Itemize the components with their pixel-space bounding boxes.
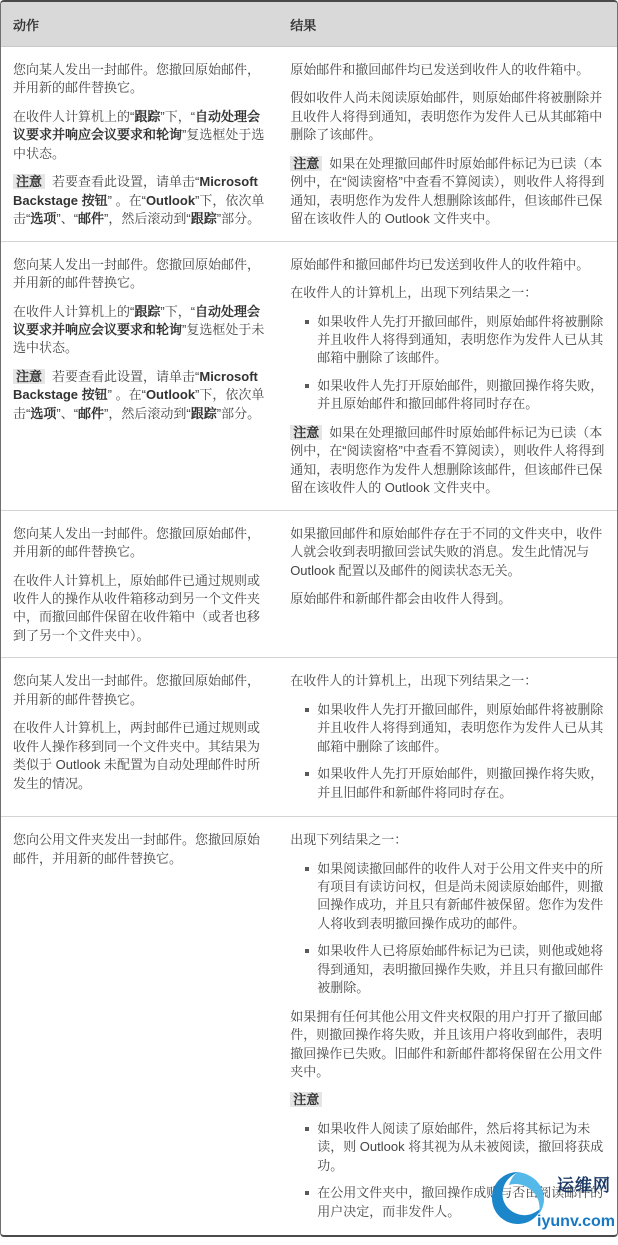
bullet-item: 如果收件人先打开撤回邮件，则原始邮件将被删除并且收件人将得到通知，表明您作为发件… — [305, 701, 605, 756]
action-cell: 您向公用文件夹发出一封邮件。您撤回原始邮件，并用新的邮件替换它。 — [1, 817, 278, 1235]
paragraph: 原始邮件和撤回邮件均已发送到收件人的收件箱中。 — [290, 61, 605, 79]
text-run: 如果在处理撤回邮件时原始邮件标记为已读（本例中，在“阅读窗格”中查看不算阅读），… — [290, 156, 604, 226]
table-row: 您向某人发出一封邮件。您撤回原始邮件，并用新的邮件替换它。在收件人计算机上，两封… — [1, 658, 617, 817]
text-run: 原始邮件和撤回邮件均已发送到收件人的收件箱中。 — [290, 62, 589, 77]
result-cell: 原始邮件和撤回邮件均已发送到收件人的收件箱中。在收件人的计算机上，出现下列结果之… — [278, 242, 617, 510]
paragraph: 在收件人计算机上的“跟踪”下，“自动处理会议要求并响应会议要求和轮询”复选框处于… — [13, 108, 266, 163]
table-body: 您向某人发出一封邮件。您撤回原始邮件，并用新的邮件替换它。在收件人计算机上的“跟… — [1, 47, 617, 1235]
text-run: 您向某人发出一封邮件。您撤回原始邮件，并用新的邮件替换它。 — [13, 62, 260, 95]
text-run: ”下，“ — [160, 109, 195, 124]
column-header-action: 动作 — [1, 2, 278, 46]
result-cell: 出现下列结果之一：如果阅读撤回邮件的收件人对于公用文件夹中的所有项目有读访问权，… — [278, 817, 617, 1235]
text-run: 您向某人发出一封邮件。您撤回原始邮件，并用新的邮件替换它。 — [13, 526, 260, 559]
text-run: 出现下列结果之一： — [290, 832, 407, 847]
text-run: 如果在处理撤回邮件时原始邮件标记为已读（本例中，在“阅读窗格”中查看不算阅读），… — [290, 425, 604, 495]
table-row: 您向某人发出一封邮件。您撤回原始邮件，并用新的邮件替换它。在收件人计算机上，原始… — [1, 511, 617, 659]
text-run: 如果收件人已将原始邮件标记为已读，则他或她将得到通知，表明撤回操作失败，并且只有… — [317, 943, 603, 995]
bold-text-run: 邮件 — [78, 211, 104, 226]
action-cell: 您向某人发出一封邮件。您撤回原始邮件，并用新的邮件替换它。在收件人计算机上，两封… — [1, 658, 278, 816]
text-run: ” 。在“ — [108, 193, 146, 208]
result-cell: 在收件人的计算机上，出现下列结果之一：如果收件人先打开撤回邮件，则原始邮件将被删… — [278, 658, 617, 816]
bullet-item: 如果阅读撤回邮件的收件人对于公用文件夹中的所有项目有读访问权，但是尚未阅读原始邮… — [305, 860, 605, 934]
text-run: ” 。在“ — [108, 387, 146, 402]
text-run: ”，然后滚动到“ — [104, 211, 191, 226]
text-run: 如果收件人先打开撤回邮件，则原始邮件将被删除并且收件人将得到通知，表明您作为发件… — [317, 702, 603, 754]
bullet-item: 如果收件人先打开原始邮件，则撤回操作将失败，并且旧邮件和新邮件将同时存在。 — [305, 765, 605, 802]
text-run: ”、“ — [56, 211, 78, 226]
action-cell: 您向某人发出一封邮件。您撤回原始邮件，并用新的邮件替换它。在收件人计算机上的“跟… — [1, 47, 278, 241]
text-run: 在收件人的计算机上，出现下列结果之一： — [290, 285, 537, 300]
bullet-list: 如果阅读撤回邮件的收件人对于公用文件夹中的所有项目有读访问权，但是尚未阅读原始邮… — [290, 860, 605, 998]
result-cell: 如果撤回邮件和原始邮件存在于不同的文件夹中，收件人就会收到表明撤回尝试失败的消息… — [278, 511, 617, 658]
text-run: 若要查看此设置，请单击“ — [52, 174, 199, 189]
paragraph: 在收件人计算机上，原始邮件已通过规则或收件人的操作从收件箱移动到另一个文件夹中，… — [13, 572, 266, 646]
note-paragraph: 注意如果在处理撤回邮件时原始邮件标记为已读（本例中，在“阅读窗格”中查看不算阅读… — [290, 155, 605, 229]
text-run: 如果收件人先打开原始邮件，则撤回操作将失败，并且原始邮件和撤回邮件将同时存在。 — [317, 378, 603, 411]
bold-text-run: 选项 — [30, 211, 56, 226]
bullet-list: 如果收件人阅读了原始邮件，然后将其标记为未读，则 Outlook 将其视为从未被… — [290, 1120, 605, 1221]
bullet-item: 如果收件人先打开原始邮件，则撤回操作将失败，并且原始邮件和撤回邮件将同时存在。 — [305, 377, 605, 414]
paragraph: 在收件人的计算机上，出现下列结果之一： — [290, 284, 605, 302]
recall-results-table: 动作 结果 您向某人发出一封邮件。您撤回原始邮件，并用新的邮件替换它。在收件人计… — [0, 0, 618, 1237]
bold-text-run: 跟踪 — [191, 211, 217, 226]
text-run: 如果收件人先打开原始邮件，则撤回操作将失败，并且旧邮件和新邮件将同时存在。 — [317, 766, 603, 799]
text-run: 在收件人计算机上，原始邮件已通过规则或收件人的操作从收件箱移动到另一个文件夹中，… — [13, 573, 260, 643]
bold-text-run: Outlook — [146, 387, 195, 402]
paragraph: 如果撤回邮件和原始邮件存在于不同的文件夹中，收件人就会收到表明撤回尝试失败的消息… — [290, 525, 605, 580]
paragraph: 原始邮件和新邮件都会由收件人得到。 — [290, 590, 605, 608]
result-cell: 原始邮件和撤回邮件均已发送到收件人的收件箱中。假如收件人尚未阅读原始邮件，则原始… — [278, 47, 617, 241]
text-run: 如果收件人阅读了原始邮件，然后将其标记为未读，则 Outlook 将其视为从未被… — [317, 1121, 603, 1173]
table-header-row: 动作 结果 — [1, 2, 617, 47]
text-run: ”部分。 — [217, 406, 260, 421]
text-run: 在收件人计算机上的“ — [13, 304, 134, 319]
text-run: 在收件人计算机上，两封邮件已通过规则或收件人操作移到同一个文件夹中。其结果为类似… — [13, 720, 260, 790]
note-label: 注意 — [13, 174, 45, 189]
text-run: 您向公用文件夹发出一封邮件。您撤回原始邮件，并用新的邮件替换它。 — [13, 832, 260, 865]
bullet-item: 如果收件人先打开撤回邮件，则原始邮件将被删除并且收件人将得到通知，表明您作为发件… — [305, 313, 605, 368]
text-run: 您向某人发出一封邮件。您撤回原始邮件，并用新的邮件替换它。 — [13, 257, 260, 290]
text-run: 在公用文件夹中，撤回操作成败与否由阅读邮件的用户决定，而非发件人。 — [317, 1185, 603, 1218]
column-header-result: 结果 — [278, 2, 617, 46]
text-run: ”、“ — [56, 406, 78, 421]
text-run: 如果拥有任何其他公用文件夹权限的用户打开了撤回邮件，则撤回操作将失败，并且该用户… — [290, 1009, 602, 1079]
bullet-list: 如果收件人先打开撤回邮件，则原始邮件将被删除并且收件人将得到通知，表明您作为发件… — [290, 701, 605, 802]
paragraph: 您向某人发出一封邮件。您撤回原始邮件，并用新的邮件替换它。 — [13, 672, 266, 709]
text-run: 如果撤回邮件和原始邮件存在于不同的文件夹中，收件人就会收到表明撤回尝试失败的消息… — [290, 526, 602, 578]
paragraph: 您向公用文件夹发出一封邮件。您撤回原始邮件，并用新的邮件替换它。 — [13, 831, 266, 868]
note-paragraph: 注意若要查看此设置，请单击“Microsoft Backstage 按钮” 。在… — [13, 173, 266, 228]
paragraph: 在收件人的计算机上，出现下列结果之一： — [290, 672, 605, 690]
note-label: 注意 — [13, 369, 45, 384]
text-run: 原始邮件和新邮件都会由收件人得到。 — [290, 591, 511, 606]
bullet-list: 如果收件人先打开撤回邮件，则原始邮件将被删除并且收件人将得到通知，表明您作为发件… — [290, 313, 605, 414]
text-run: 您向某人发出一封邮件。您撤回原始邮件，并用新的邮件替换它。 — [13, 673, 260, 706]
text-run: 原始邮件和撤回邮件均已发送到收件人的收件箱中。 — [290, 257, 589, 272]
text-run: 若要查看此设置，请单击“ — [52, 369, 199, 384]
bold-text-run: Outlook — [146, 193, 195, 208]
note-paragraph: 注意若要查看此设置，请单击“Microsoft Backstage 按钮” 。在… — [13, 368, 266, 423]
paragraph: 如果拥有任何其他公用文件夹权限的用户打开了撤回邮件，则撤回操作将失败，并且该用户… — [290, 1008, 605, 1082]
note-paragraph: 注意如果在处理撤回邮件时原始邮件标记为已读（本例中，在“阅读窗格”中查看不算阅读… — [290, 424, 605, 498]
note-label: 注意 — [290, 156, 322, 171]
table-row: 您向公用文件夹发出一封邮件。您撤回原始邮件，并用新的邮件替换它。出现下列结果之一… — [1, 817, 617, 1235]
text-run: ”下，“ — [160, 304, 195, 319]
bold-text-run: 跟踪 — [134, 109, 160, 124]
bold-text-run: 跟踪 — [134, 304, 160, 319]
bullet-item: 在公用文件夹中，撤回操作成败与否由阅读邮件的用户决定，而非发件人。 — [305, 1184, 605, 1221]
table-row: 您向某人发出一封邮件。您撤回原始邮件，并用新的邮件替换它。在收件人计算机上的“跟… — [1, 242, 617, 511]
text-run: 在收件人计算机上的“ — [13, 109, 134, 124]
text-run: ”，然后滚动到“ — [104, 406, 191, 421]
paragraph: 您向某人发出一封邮件。您撤回原始邮件，并用新的邮件替换它。 — [13, 525, 266, 562]
bold-text-run: 跟踪 — [191, 406, 217, 421]
text-run: 假如收件人尚未阅读原始邮件，则原始邮件将被删除并且收件人将得到通知，表明您作为发… — [290, 90, 602, 142]
text-run: ”部分。 — [217, 211, 260, 226]
text-run: 在收件人的计算机上，出现下列结果之一： — [290, 673, 537, 688]
text-run: 如果阅读撤回邮件的收件人对于公用文件夹中的所有项目有读访问权，但是尚未阅读原始邮… — [317, 861, 603, 931]
text-run: 如果收件人先打开撤回邮件，则原始邮件将被删除并且收件人将得到通知，表明您作为发件… — [317, 314, 603, 366]
note-paragraph: 注意 — [290, 1091, 605, 1109]
paragraph: 出现下列结果之一： — [290, 831, 605, 849]
paragraph: 在收件人计算机上的“跟踪”下，“自动处理会议要求并响应会议要求和轮询”复选框处于… — [13, 303, 266, 358]
bullet-item: 如果收件人阅读了原始邮件，然后将其标记为未读，则 Outlook 将其视为从未被… — [305, 1120, 605, 1175]
note-label: 注意 — [290, 425, 322, 440]
bullet-item: 如果收件人已将原始邮件标记为已读，则他或她将得到通知，表明撤回操作失败，并且只有… — [305, 942, 605, 997]
paragraph: 原始邮件和撤回邮件均已发送到收件人的收件箱中。 — [290, 256, 605, 274]
paragraph: 在收件人计算机上，两封邮件已通过规则或收件人操作移到同一个文件夹中。其结果为类似… — [13, 719, 266, 793]
bold-text-run: 选项 — [30, 406, 56, 421]
table-row: 您向某人发出一封邮件。您撤回原始邮件，并用新的邮件替换它。在收件人计算机上的“跟… — [1, 47, 617, 242]
action-cell: 您向某人发出一封邮件。您撤回原始邮件，并用新的邮件替换它。在收件人计算机上，原始… — [1, 511, 278, 658]
paragraph: 您向某人发出一封邮件。您撤回原始邮件，并用新的邮件替换它。 — [13, 256, 266, 293]
note-label: 注意 — [290, 1092, 322, 1107]
paragraph: 假如收件人尚未阅读原始邮件，则原始邮件将被删除并且收件人将得到通知，表明您作为发… — [290, 89, 605, 144]
action-cell: 您向某人发出一封邮件。您撤回原始邮件，并用新的邮件替换它。在收件人计算机上的“跟… — [1, 242, 278, 510]
paragraph: 您向某人发出一封邮件。您撤回原始邮件，并用新的邮件替换它。 — [13, 61, 266, 98]
bold-text-run: 邮件 — [78, 406, 104, 421]
